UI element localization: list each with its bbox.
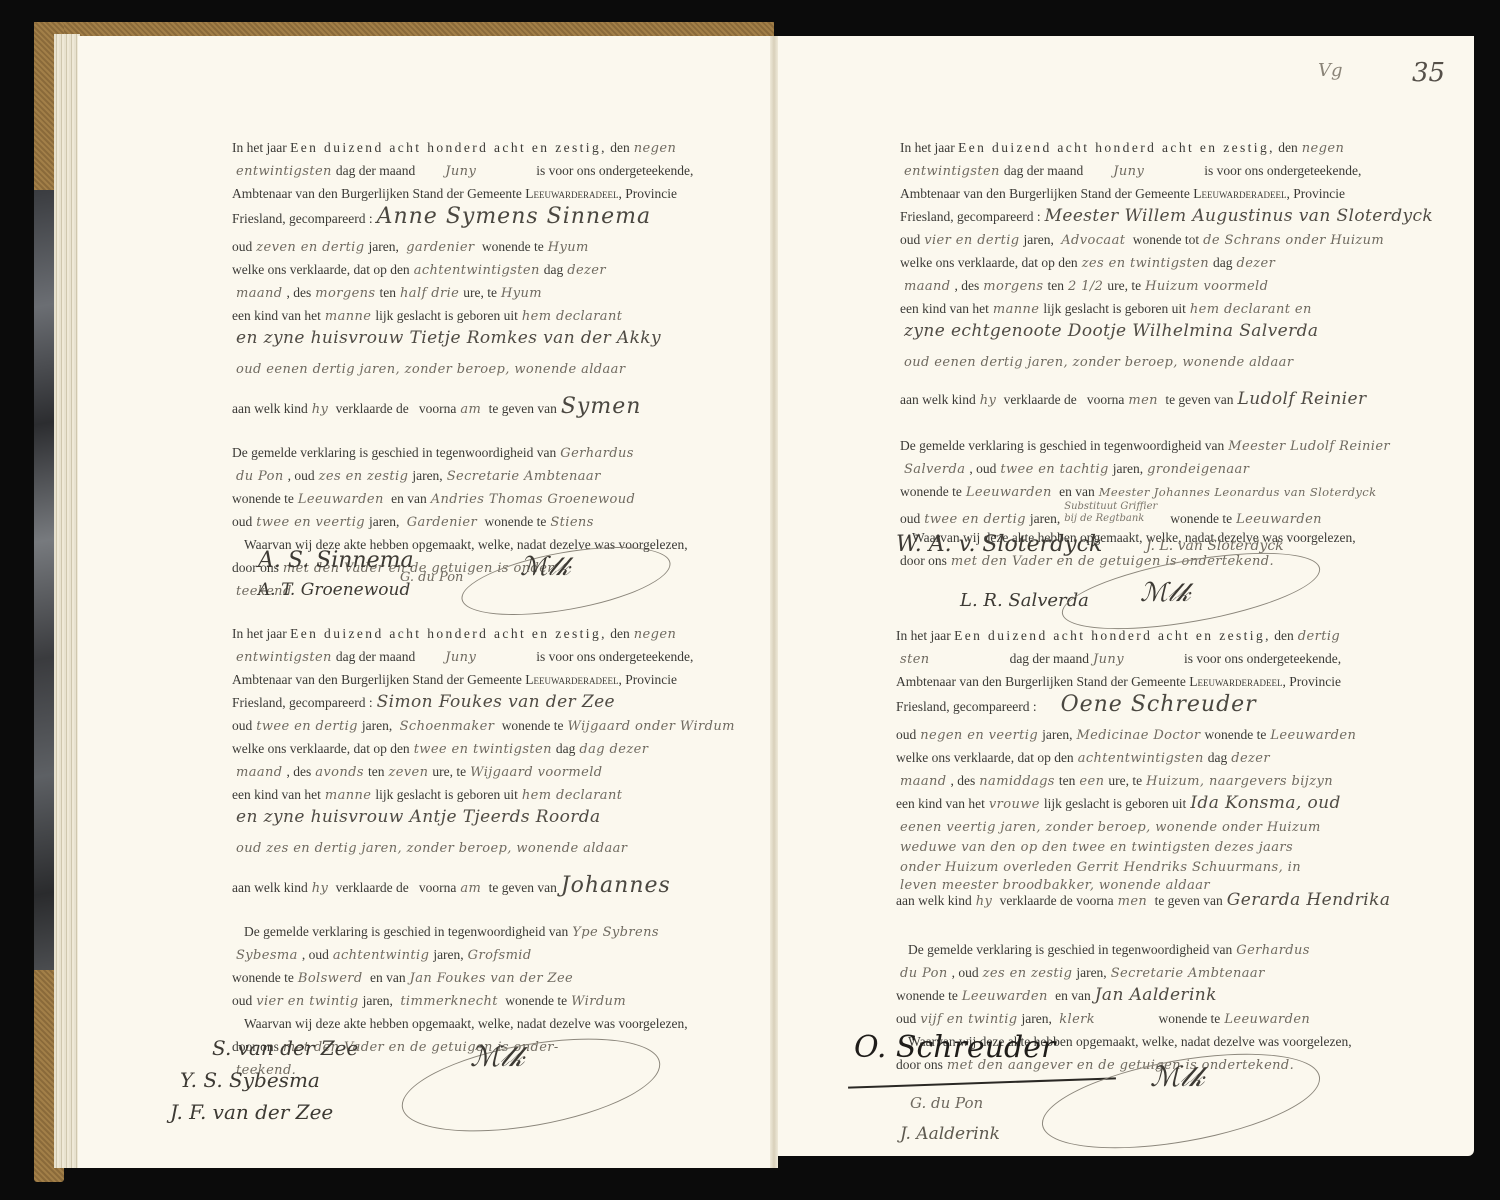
- printed-text: Ambtenaar van den Burgerlijken Stand der…: [232, 186, 522, 201]
- birth-act-1: In het jaar Een duizend acht honderd ach…: [232, 136, 732, 602]
- text-line: oudzeven en dertigjaren, gardenier wonen…: [232, 235, 732, 258]
- printed-text: een kind van het: [232, 787, 321, 802]
- printed-text: welke ons verklaarde, dat op den: [900, 255, 1078, 270]
- child-name: Ludolf Reinier: [1238, 389, 1367, 409]
- marbled-cover: [34, 190, 56, 970]
- printed-text: , des: [287, 285, 312, 300]
- signature-witness-1: G. du Pon: [910, 1094, 983, 1112]
- printed-text: Friesland, gecompareerd :: [900, 209, 1041, 224]
- text-line: Friesland, gecompareerd :Anne Symens Sin…: [232, 205, 732, 235]
- handwritten-entry: maand: [904, 279, 951, 294]
- handwritten-entry: Ype Sybrens: [572, 925, 659, 940]
- printed-text: te geven van: [1165, 392, 1233, 407]
- printed-text: wonende: [1133, 232, 1182, 247]
- printed-text: Leeuwarderadeel: [1193, 186, 1286, 201]
- handwritten-entry: hem declarant: [522, 788, 623, 803]
- printed-text: jaren,: [1030, 511, 1060, 526]
- text-line: wonende teLeeuwarden en vanMeester Johan…: [900, 480, 1460, 503]
- text-line: maand, desavondstenzevenure, teWijgaard …: [232, 760, 732, 783]
- handwritten-entry: Andries Thomas Groenewoud: [431, 492, 636, 507]
- printed-text: aan welk kind: [896, 893, 972, 908]
- printed-text: aan welk kind: [232, 880, 308, 895]
- printed-text: wonende te: [1170, 511, 1232, 526]
- handwritten-entry: Leeuwarden: [298, 492, 384, 507]
- printed-text: en van: [391, 491, 427, 506]
- handwritten-entry: achtentwintig: [333, 948, 429, 963]
- printed-text: voorna: [1076, 893, 1114, 908]
- handwritten-entry: achtentwintigsten: [1078, 751, 1204, 766]
- birth-act-3: In het jaar Een duizend acht honderd ach…: [900, 136, 1460, 572]
- text-line: oudtwee en dertigjaren,Substituut Griffi…: [900, 503, 1460, 526]
- printed-text: dag der maand: [336, 163, 415, 178]
- printed-text: is voor ons ondergeteekende,: [1204, 163, 1361, 178]
- signature-witness-2: J. Aalderink: [900, 1124, 1000, 1144]
- handwritten-entry: Juny: [1093, 652, 1124, 667]
- handwritten-entry: Schoenmaker: [400, 719, 495, 734]
- handwritten-entry: Stiens: [550, 515, 593, 530]
- handwritten-entry: Wijgaard voormeld: [470, 765, 602, 780]
- printed-text: , Provincie: [1287, 186, 1346, 201]
- handwritten-entry: sten: [900, 652, 930, 667]
- handwritten-entry: zes en zestig: [983, 966, 1073, 981]
- text-line: welke ons verklaarde, dat op denzes en t…: [900, 251, 1460, 274]
- printed-text: lijk geslacht is geboren uit: [375, 308, 517, 323]
- handwritten-entry: Secretarie Ambtenaar: [1111, 966, 1265, 981]
- text-line: weduwe van den op den twee en twintigste…: [896, 835, 1456, 855]
- printed-text: Een duizend acht honderd acht en zestig,: [290, 626, 607, 641]
- declarant-name: Simon Foukes van der Zee: [377, 692, 615, 712]
- printed-text: wonende te: [232, 491, 294, 506]
- printed-text: wonende te: [896, 988, 958, 1003]
- printed-text: dag: [1213, 255, 1233, 270]
- text-line: Friesland, gecompareerd :Meester Willem …: [900, 205, 1460, 228]
- handwritten-entry: dag dezer: [579, 742, 648, 757]
- text-line: en zyne huisvrouw Antje Tjeerds Roorda: [232, 806, 732, 836]
- text-line: oudtwee en veertigjaren, Gardenier wonen…: [232, 510, 732, 533]
- printed-text: verklaarde de: [336, 401, 409, 416]
- signature-father: O. Schreuder: [854, 1030, 1055, 1065]
- text-line: een kind van hetvrouwelijk geslacht is g…: [896, 792, 1456, 815]
- printed-text: oud: [900, 232, 920, 247]
- official-signature: ℳ𝓁𝓀: [470, 1040, 524, 1074]
- text-line: aan welk kindhy verklaarde de voornaam t…: [232, 874, 732, 904]
- printed-text: lijk geslacht is geboren uit: [1044, 796, 1186, 811]
- printed-text: Friesland, gecompareerd :: [232, 211, 373, 226]
- handwritten-entry: klerk: [1059, 1012, 1095, 1027]
- text-line: Friesland, gecompareerd :Simon Foukes va…: [232, 691, 732, 714]
- handwritten-entry: negen: [1302, 141, 1344, 156]
- handwritten-entry: half drie: [400, 286, 459, 301]
- signature-witness-2: J. L. van Sloterdyck: [1146, 538, 1284, 554]
- handwritten-entry: Juny: [445, 650, 476, 665]
- handwritten-entry: Sybesma: [236, 948, 298, 963]
- child-name: Symen: [561, 394, 642, 419]
- handwritten-entry: Leeuwarden: [1236, 512, 1322, 527]
- printed-text: wonende te: [484, 514, 546, 529]
- printed-text: aan welk kind: [232, 401, 308, 416]
- text-line: oudnegen en veertigjaren,Medicinae Docto…: [896, 723, 1456, 746]
- text-line: oud eenen dertig jaren, zonder beroep, w…: [900, 350, 1460, 380]
- printed-text: Leeuwarderadeel: [525, 672, 618, 687]
- handwritten-entry: Gardenier: [407, 515, 477, 530]
- handwritten-entry: Huizum, naargevers bijzyn: [1146, 774, 1333, 789]
- handwritten-entry: hy: [980, 393, 997, 408]
- printed-text: ten: [1048, 278, 1065, 293]
- handwritten-entry: Ida Konsma, oud: [1190, 793, 1340, 813]
- printed-text: Een duizend acht honderd acht en zestig,: [958, 140, 1275, 155]
- printed-text: oud: [900, 511, 920, 526]
- handwritten-entry: Leeuwarden: [1224, 1012, 1310, 1027]
- handwritten-entry: twee en twintigsten: [414, 742, 552, 757]
- printed-text: wonende te: [505, 993, 567, 1008]
- handwritten-entry: morgens: [315, 286, 375, 301]
- handwritten-entry: Gerhardus: [560, 446, 634, 461]
- printed-text: den: [1274, 628, 1294, 643]
- official-signature: ℳ𝓁𝓀: [520, 552, 570, 583]
- handwritten-entry: negen: [634, 627, 676, 642]
- handwritten-entry: gardenier: [406, 240, 474, 255]
- printed-text: , Provincie: [619, 186, 678, 201]
- printed-text: ten: [380, 285, 397, 300]
- text-line: een kind van hetmannelijk geslacht is ge…: [900, 297, 1460, 320]
- text-line: oudvijf en twintigjaren, klerk wonende t…: [896, 1007, 1456, 1030]
- text-line: wonende teBolswerd en vanJan Foukes van …: [232, 966, 732, 989]
- text-line: entwintigstendag der maandJunyis voor on…: [232, 159, 732, 182]
- book-cover-top: [34, 22, 774, 36]
- text-line: oudvier en dertigjaren, Advocaat wonende…: [900, 228, 1460, 251]
- handwritten-entry: en zyne huisvrouw Tietje Romkes van der …: [236, 328, 661, 348]
- handwritten-entry: Secretarie Ambtenaar: [447, 469, 601, 484]
- printed-text: te geven van: [489, 401, 557, 416]
- official-signature: ℳ𝓁𝓀: [1150, 1060, 1204, 1094]
- handwritten-entry: Hyum: [501, 286, 542, 301]
- handwritten-entry: hem declarant en: [1190, 302, 1312, 317]
- printed-text: jaren,: [363, 993, 393, 1008]
- printed-text: De gemelde verklaring is geschied in teg…: [908, 942, 1232, 957]
- printed-text: De gemelde verklaring is geschied in teg…: [244, 924, 568, 939]
- text-line: welke ons verklaarde, dat op denachtentw…: [896, 746, 1456, 769]
- printed-text: welke ons verklaarde, dat op den: [896, 750, 1074, 765]
- text-line: maand, desnamiddagsteneenure, teHuizum, …: [896, 769, 1456, 792]
- text-line: De gemelde verklaring is geschied in teg…: [900, 434, 1460, 457]
- printed-text: aan welk kind: [900, 392, 976, 407]
- declarant-name: Anne Symens Sinnema: [377, 204, 652, 229]
- printed-text: is voor ons ondergeteekende,: [1184, 651, 1341, 666]
- printed-text: jaren,: [1076, 965, 1106, 980]
- printed-text: In het jaar: [232, 626, 287, 641]
- printed-text: , des: [955, 278, 980, 293]
- handwritten-entry: een: [1079, 774, 1104, 789]
- handwritten-entry: hy: [976, 894, 993, 909]
- printed-text: , oud: [288, 468, 315, 483]
- handwritten-entry: oud zes en dertig jaren, zonder beroep, …: [236, 841, 627, 856]
- printed-text: den: [610, 140, 630, 155]
- text-line: du Pon, oudzes en zestigjaren,Secretarie…: [232, 464, 732, 487]
- printed-text: ure, te: [463, 285, 497, 300]
- printed-text: jaren,: [362, 718, 392, 733]
- text-line: In het jaar Een duizend acht honderd ach…: [232, 136, 732, 159]
- text-line: Friesland, gecompareerd :Oene Schreuder: [896, 693, 1456, 723]
- printed-text: voorna: [1087, 392, 1125, 407]
- printed-text: te geven van: [489, 880, 557, 895]
- declarant-name: Oene Schreuder: [1061, 692, 1257, 717]
- printed-text: den: [1278, 140, 1298, 155]
- handwritten-entry: de Schrans onder Huizum: [1203, 233, 1384, 248]
- signature-witness-2: A. T. Groenewoud: [258, 580, 410, 600]
- text-line: leven meester broodbakker, wonende aldaa…: [896, 873, 1456, 889]
- printed-text: en van: [1055, 988, 1091, 1003]
- handwritten-entry: twee en dertig: [924, 512, 1026, 527]
- page-edges: [54, 34, 80, 1168]
- handwritten-entry: manne: [325, 309, 372, 324]
- handwritten-entry: dezer: [567, 263, 606, 278]
- handwritten-entry: zyne echtgenoote Dootje Wilhelmina Salve…: [904, 321, 1318, 341]
- printed-text: Friesland, gecompareerd :: [896, 699, 1037, 714]
- text-line: Waarvan wij deze akte hebben opgemaakt, …: [232, 1012, 732, 1035]
- printed-text: verklaarde de: [336, 880, 409, 895]
- handwritten-entry: dertig: [1298, 629, 1340, 644]
- handwritten-entry: du Pon: [236, 469, 284, 484]
- text-line: Sybesma, oudachtentwintigjaren,Grofsmid: [232, 943, 732, 966]
- handwritten-entry: Wirdum: [571, 994, 626, 1009]
- text-line: aan welk kindhy verklaarde de voornamen …: [900, 388, 1460, 418]
- handwritten-entry: oud eenen dertig jaren, zonder beroep, w…: [236, 362, 625, 377]
- handwritten-entry: Hyum: [548, 240, 589, 255]
- handwritten-entry: am: [460, 402, 481, 417]
- text-line: wonende teLeeuwarden en vanAndries Thoma…: [232, 487, 732, 510]
- printed-text: wonende te: [232, 970, 294, 985]
- printed-text: , oud: [969, 461, 996, 476]
- birth-act-4: In het jaar Een duizend acht honderd ach…: [896, 624, 1456, 1076]
- text-line: De gemelde verklaring is geschied in teg…: [232, 920, 732, 943]
- handwritten-entry: Gerhardus: [1236, 943, 1310, 958]
- text-line: oud eenen dertig jaren, zonder beroep, w…: [232, 357, 732, 387]
- printed-text: ure, te: [1107, 278, 1141, 293]
- printed-text: De gemelde verklaring is geschied in teg…: [232, 445, 556, 460]
- signature-father: W. A. v. Sloterdyck: [896, 532, 1102, 557]
- printed-text: verklaarde de: [1004, 392, 1077, 407]
- handwritten-entry: vier en twintig: [256, 994, 358, 1009]
- text-line: een kind van hetmannelijk geslacht is ge…: [232, 304, 732, 327]
- printed-text: Een duizend acht honderd acht en zestig,: [290, 140, 607, 155]
- printed-text: ten: [368, 764, 385, 779]
- handwritten-entry: am: [460, 881, 481, 896]
- printed-text: De gemelde verklaring is geschied in teg…: [900, 438, 1224, 453]
- printed-text: Ambtenaar van den Burgerlijken Stand der…: [232, 672, 522, 687]
- printed-text: wonende te: [1158, 1011, 1220, 1026]
- text-line: oud zes en dertig jaren, zonder beroep, …: [232, 836, 732, 866]
- handwritten-entry: negen en veertig: [920, 728, 1038, 743]
- printed-text: oud: [232, 993, 252, 1008]
- text-line: Ambtenaar van den Burgerlijken Stand der…: [900, 182, 1460, 205]
- text-line: In het jaar Een duizend acht honderd ach…: [896, 624, 1456, 647]
- printed-text: voorna: [419, 880, 457, 895]
- handwritten-entry: negen: [634, 141, 676, 156]
- printed-text: tot: [1185, 232, 1199, 247]
- handwritten-entry: eenen veertig jaren, zonder beroep, wone…: [900, 820, 1321, 835]
- signature-father: A. S. Sinnema: [258, 548, 414, 573]
- handwritten-entry: Leeuwarden: [962, 989, 1048, 1004]
- signature-witness-1: Y. S. Sybesma: [180, 1068, 320, 1092]
- handwritten-entry: maand: [236, 286, 283, 301]
- handwritten-entry: Grofsmid: [468, 948, 532, 963]
- printed-text: ure, te: [432, 764, 466, 779]
- printed-text: dag: [544, 262, 564, 277]
- printed-text: jaren,: [369, 514, 399, 529]
- printed-text: oud: [232, 239, 252, 254]
- handwritten-entry: entwintigsten: [904, 164, 1000, 179]
- text-line: wonende teLeeuwarden en vanJan Aalderink: [896, 984, 1456, 1007]
- handwritten-entry: du Pon: [900, 966, 948, 981]
- printed-text: Substituut Griffierbij de Regtbank: [1060, 503, 1170, 523]
- text-line: In het jaar Een duizend acht honderd ach…: [900, 136, 1460, 159]
- text-line: De gemelde verklaring is geschied in teg…: [232, 441, 732, 464]
- text-line: oudvier en twintigjaren, timmerknecht wo…: [232, 989, 732, 1012]
- printed-text: dag: [1208, 750, 1228, 765]
- text-line: aan welk kindhy verklaarde de voornamen …: [896, 889, 1456, 912]
- handwritten-entry: maand: [900, 774, 947, 789]
- text-line: onder Huizum overleden Gerrit Hendriks S…: [896, 855, 1456, 873]
- text-line: maand, desmorgensten2 1/2ure, teHuizum v…: [900, 274, 1460, 297]
- handwritten-entry: maand: [236, 765, 283, 780]
- handwritten-entry: manne: [325, 788, 372, 803]
- printed-text: In het jaar: [232, 140, 287, 155]
- printed-text: jaren,: [1113, 461, 1143, 476]
- printed-text: jaren,: [368, 239, 398, 254]
- handwritten-entry: grondeigenaar: [1147, 462, 1249, 477]
- handwritten-entry: en zyne huisvrouw Antje Tjeerds Roorda: [236, 807, 601, 827]
- printed-text: jaren,: [1022, 1011, 1052, 1026]
- handwritten-entry: Meester Ludolf Reinier: [1228, 439, 1390, 454]
- text-line: De gemelde verklaring is geschied in teg…: [896, 938, 1456, 961]
- printed-text: Ambtenaar van den Burgerlijken Stand der…: [900, 186, 1190, 201]
- handwritten-entry: twee en dertig: [256, 719, 358, 734]
- handwritten-entry: vijf en twintig: [920, 1012, 1017, 1027]
- printed-text: In het jaar: [900, 140, 955, 155]
- text-line: welke ons verklaarde, dat op dentwee en …: [232, 737, 732, 760]
- folio-mark: Vg: [1318, 60, 1343, 81]
- handwritten-entry: Medicinae Doctor: [1076, 728, 1200, 743]
- printed-text: oud: [896, 727, 916, 742]
- handwritten-entry: Jan Aalderink: [1095, 985, 1217, 1005]
- printed-text: lijk geslacht is geboren uit: [375, 787, 517, 802]
- handwritten-entry: Bolswerd: [298, 971, 363, 986]
- text-line: eenen veertig jaren, zonder beroep, wone…: [896, 815, 1456, 835]
- handwritten-entry: zes en zestig: [319, 469, 409, 484]
- handwritten-entry: weduwe van den op den twee en twintigste…: [900, 840, 1293, 855]
- printed-text: oud: [232, 514, 252, 529]
- handwritten-entry: timmerknecht: [400, 994, 498, 1009]
- printed-text: , Provincie: [1283, 674, 1342, 689]
- printed-text: wonende te: [900, 484, 962, 499]
- printed-text: jaren,: [1024, 232, 1054, 247]
- printed-text: Waarvan wij deze akte hebben opgemaakt, …: [244, 1016, 688, 1031]
- handwritten-entry: 2 1/2: [1068, 279, 1103, 294]
- handwritten-entry: twee en tachtig: [1000, 462, 1108, 477]
- declarant-name: Meester Willem Augustinus van Sloterdyck: [1045, 206, 1434, 226]
- text-line: een kind van hetmannelijk geslacht is ge…: [232, 783, 732, 806]
- printed-text: , oud: [952, 965, 979, 980]
- child-name: Gerarda Hendrika: [1227, 890, 1391, 910]
- book-gutter: [770, 36, 778, 1168]
- printed-text: verklaarde de: [1000, 893, 1073, 908]
- printed-text: jaren,: [412, 468, 442, 483]
- handwritten-entry: twee en veertig: [256, 515, 365, 530]
- handwritten-entry: hem declarant: [522, 309, 623, 324]
- text-line: du Pon, oudzes en zestigjaren,Secretarie…: [896, 961, 1456, 984]
- printed-text: Ambtenaar van den Burgerlijken Stand der…: [896, 674, 1186, 689]
- handwritten-entry: zeven en dertig: [256, 240, 364, 255]
- printed-text: lijk geslacht is geboren uit: [1043, 301, 1185, 316]
- printed-text: dag der maand: [1004, 163, 1083, 178]
- handwritten-entry: hy: [312, 402, 329, 417]
- signature-father: S. van der Zee: [212, 1036, 358, 1060]
- printed-text: dag der maand: [336, 649, 415, 664]
- handwritten-entry: Leeuwarden: [1270, 728, 1356, 743]
- printed-text: , des: [287, 764, 312, 779]
- handwritten-entry: men: [1118, 894, 1148, 909]
- printed-text: wonende te: [502, 718, 564, 733]
- handwritten-entry: zes en twintigsten: [1082, 256, 1209, 271]
- printed-text: voorna: [419, 401, 457, 416]
- child-name: Johannes: [561, 873, 671, 898]
- handwritten-entry: achtentwintigsten: [414, 263, 540, 278]
- handwritten-entry: avonds: [315, 765, 364, 780]
- text-line: Ambtenaar van den Burgerlijken Stand der…: [232, 668, 732, 691]
- handwritten-entry: Juny: [445, 164, 476, 179]
- printed-text: oud: [896, 1011, 916, 1026]
- printed-text: wonende te: [1205, 727, 1267, 742]
- printed-text: welke ons verklaarde, dat op den: [232, 262, 410, 277]
- handwritten-entry: Advocaat: [1061, 233, 1125, 248]
- birth-act-2: In het jaar Een duizend acht honderd ach…: [232, 622, 732, 1081]
- printed-text: en van: [370, 970, 406, 985]
- text-line: maand, desmorgenstenhalf drieure, teHyum: [232, 281, 732, 304]
- handwritten-entry: Leeuwarden: [966, 485, 1052, 500]
- printed-text: , oud: [302, 947, 329, 962]
- handwritten-entry: Salverda: [904, 462, 965, 477]
- text-line: stendag der maandJunyis voor ons onderge…: [896, 647, 1456, 670]
- printed-text: is voor ons ondergeteekende,: [536, 163, 693, 178]
- printed-text: ure, te: [1108, 773, 1142, 788]
- printed-text: een kind van het: [900, 301, 989, 316]
- handwritten-entry: manne: [993, 302, 1040, 317]
- text-line: Salverda, oudtwee en tachtigjaren,gronde…: [900, 457, 1460, 480]
- text-line: entwintigstendag der maandJunyis voor on…: [900, 159, 1460, 182]
- handwritten-entry: entwintigsten: [236, 164, 332, 179]
- text-line: zyne echtgenoote Dootje Wilhelmina Salve…: [900, 320, 1460, 350]
- handwritten-entry: Huizum voormeld: [1145, 279, 1268, 294]
- official-signature: ℳ𝓁𝓀: [1140, 578, 1190, 609]
- printed-text: te geven van: [1155, 893, 1223, 908]
- printed-text: Friesland, gecompareerd :: [232, 695, 373, 710]
- handwritten-entry: vrouwe: [989, 797, 1040, 812]
- handwritten-entry: vier en dertig: [924, 233, 1019, 248]
- printed-text: Een duizend acht honderd acht en zestig,: [954, 628, 1271, 643]
- handwritten-entry: Jan Foukes van der Zee: [410, 971, 574, 986]
- printed-text: , des: [951, 773, 976, 788]
- handwritten-entry: oud eenen dertig jaren, zonder beroep, w…: [904, 355, 1293, 370]
- text-line: welke ons verklaarde, dat op denachtentw…: [232, 258, 732, 281]
- printed-text: jaren,: [433, 947, 463, 962]
- text-line: oudtwee en dertigjaren, Schoenmaker wone…: [232, 714, 732, 737]
- text-line: en zyne huisvrouw Tietje Romkes van der …: [232, 327, 732, 357]
- printed-text: een kind van het: [232, 308, 321, 323]
- handwritten-entry: Wijgaard onder Wirdum: [568, 719, 735, 734]
- printed-text: ten: [1059, 773, 1076, 788]
- page-number: 35: [1412, 58, 1445, 88]
- printed-text: Leeuwarderadeel: [525, 186, 618, 201]
